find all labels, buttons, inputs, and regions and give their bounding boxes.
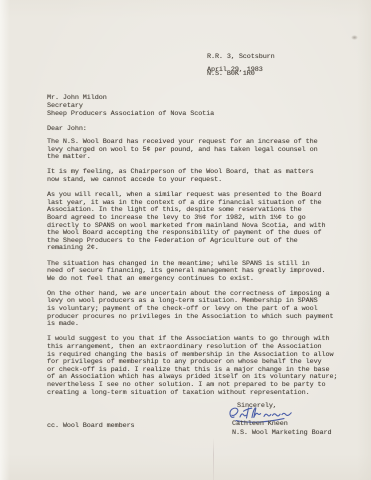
- sender-address-line1: R.R. 3, Scotsburn: [207, 53, 275, 61]
- letter-body: The N.S. Wool Board has received your re…: [47, 139, 347, 405]
- signature-organization: N.S. Wool Marketing Board: [232, 429, 331, 437]
- paragraph-2: It is my feeling, as Chairperson of the …: [47, 169, 347, 184]
- paragraph-6: I would suggest to you that if the Assoc…: [47, 336, 347, 397]
- paragraph-4: The situation has changed in the meantim…: [47, 261, 347, 284]
- paragraph-3: As you will recall, when a similar reque…: [47, 192, 347, 253]
- letter-page: R.R. 3, Scotsburn N.S. B0K 1R0 April 29,…: [0, 0, 371, 480]
- paragraph-5: On the other hand, we are uncertain abou…: [47, 291, 347, 329]
- paragraph-1: The N.S. Wool Board has received your re…: [47, 139, 347, 162]
- cc-line: cc. Wool Board members: [47, 422, 135, 430]
- recipient-address: Mr. John Mildon Secretary Sheep Producer…: [47, 94, 214, 119]
- paper-crease: [213, 438, 214, 480]
- letter-date: April 29, 1983: [207, 66, 263, 74]
- signature-typed-name: Cathleen Kneen: [232, 420, 288, 428]
- smudge-mark: [351, 35, 358, 40]
- salutation: Dear John:: [47, 125, 87, 133]
